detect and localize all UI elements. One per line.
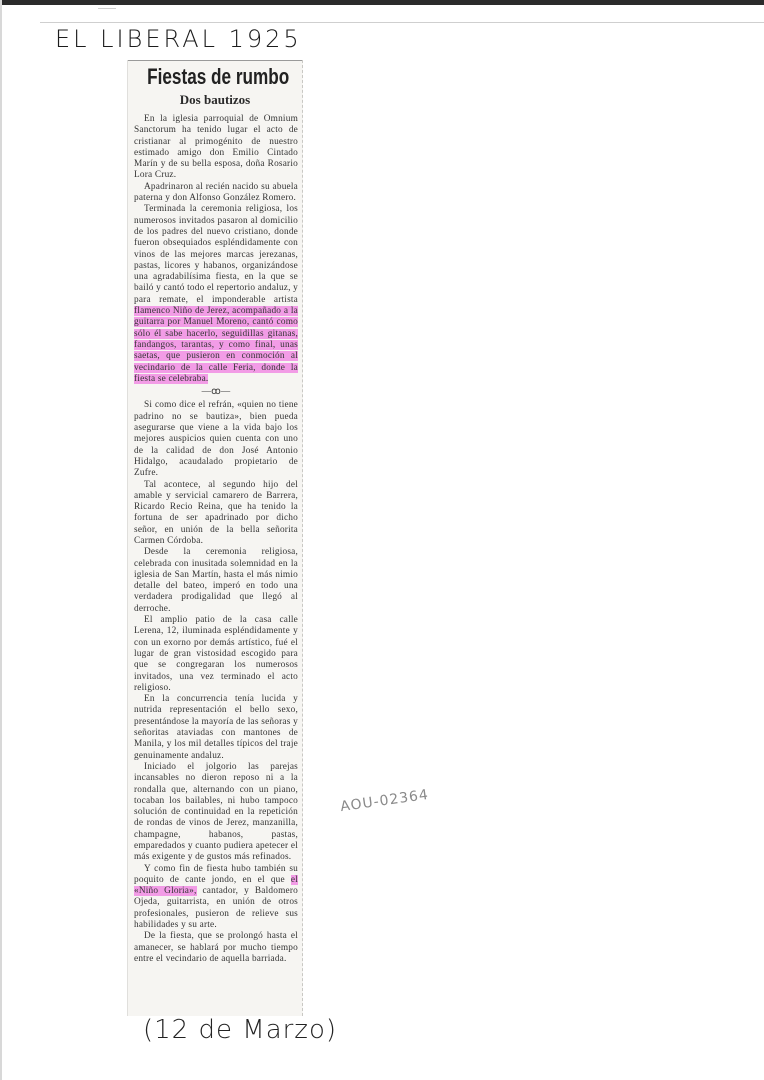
paragraph: Tal acontece, al segundo hijo del amable… [134,480,298,548]
paragraph: Iniciado el jolgorio las parejas incansa… [134,762,298,864]
article-body: En la iglesia parroquial de Omnium Sanct… [128,108,302,965]
newspaper-clipping: Fiestas de rumbo Dos bautizos En la igle… [127,60,303,1016]
paragraph: Y como fin de fiesta hubo también su poq… [134,864,298,932]
highlighted-passage: flamenco Niño de Jerez, acompañado a la … [134,306,298,384]
paragraph: En la concurrencia tenía lucida y nutrid… [134,694,298,762]
paragraph: De la fiesta, que se prolongó hasta el a… [134,931,298,965]
paragraph-text: Y como fin de fiesta hubo también su poq… [134,864,298,885]
paragraph: Apadrinaron al recién nacido su abuela p… [134,182,298,205]
handwritten-date: (12 de Marzo) [143,1015,337,1045]
paragraph-text: Terminada la ceremonia religiosa, los nu… [134,204,298,304]
scanner-edge-top [0,0,764,5]
page-edge [40,22,764,23]
handwritten-source-label: EL LIBERAL 1925 [55,25,302,53]
paragraph: Desde la ceremonia religiosa, celebrada … [134,547,298,615]
clipping-top-rule [128,60,302,61]
paragraph: Terminada la ceremonia religiosa, los nu… [134,204,298,385]
scanner-edge-left [0,0,2,1080]
paragraph: Si como dice el refrán, «quien no tiene … [134,400,298,479]
paragraph: En la iglesia parroquial de Omnium Sanct… [134,114,298,182]
section-divider: —ꝏ— [134,387,298,398]
scan-speck [98,8,116,9]
article-subhead: Dos bautizos [128,92,302,108]
article-headline: Fiestas de rumbo [147,64,283,90]
paragraph: El amplio patio de la casa calle Lerena,… [134,615,298,694]
archive-code-pencil: AOU-02364 [339,787,430,815]
